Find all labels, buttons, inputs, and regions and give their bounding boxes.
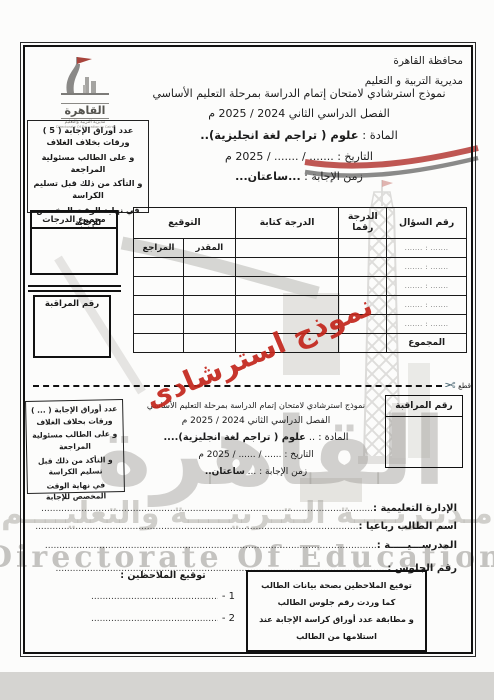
grade-numeric-cell [339, 258, 387, 277]
notice-line: عدد أوراق الإجابة ( ... ) ورقات بخلاف ال… [27, 403, 121, 428]
directorate-logo: القاهرة مديرية التربية والتعليم Director… [45, 55, 125, 129]
signature-dotted-line: ........................................… [91, 592, 218, 602]
notice-line: و التأكد من ذلك قبل تسليم الكراسة [28, 454, 122, 479]
grades-row: ....... : ....... [134, 277, 467, 296]
observer-number: - 1 [222, 591, 235, 602]
exam-header-stub: نموذج استرشادي لامتحان إتمام الدراسة بمر… [125, 400, 387, 477]
col-grade-words: الدرجة كتابة [235, 208, 339, 239]
confirmation-line: و مطابقة عدد أوراق كراسة الإجابة عند [248, 611, 425, 628]
reviewer-cell [134, 277, 184, 296]
separator-double-rule [28, 285, 121, 295]
time-line: زمن الإجابة : ... ساعتان.. [125, 467, 387, 477]
field-label: اسم الطالب رباعيا : [358, 521, 457, 532]
estimator-cell [183, 315, 235, 334]
grades-row: ....... : ....... [134, 258, 467, 277]
observer-signature-line: ........................................… [91, 613, 235, 624]
scissors-icon: ✂ [444, 379, 456, 393]
field-student-name: اسم الطالب رباعيا : ....................… [35, 516, 457, 532]
monitoring-number-label: رقم المراقبة [386, 396, 462, 417]
grade-words-cell [235, 239, 339, 258]
field-educational-administration: الإدارة التعليمية : ....................… [35, 498, 457, 514]
time-label: زمن الإجابة : ... [245, 467, 307, 477]
subject-line: المادة : .. علوم ( تراجم لغة انجليزية)..… [125, 432, 387, 443]
term-line: الفصل الدراسي الثاني 2024 / 2025 م [125, 416, 387, 426]
term-line: الفصل الدراسي الثاني 2024 / 2025 م [133, 107, 465, 120]
field-label: الإدارة التعليمية : [373, 503, 457, 514]
field-school: المدرســـيـــــة : .....................… [35, 535, 457, 551]
reviewer-cell [134, 296, 184, 315]
dashed-cut-rule [33, 385, 442, 387]
answer-sheets-notice-box-stub: عدد أوراق الإجابة ( ... ) ورقات بخلاف ال… [25, 399, 125, 494]
grade-numeric-cell [339, 334, 387, 353]
confirmation-line: كما وردت رقم جلوس الطالب [248, 594, 425, 611]
total-row-label: المجموع [387, 334, 467, 353]
cut-line: ✂ قطع [33, 379, 471, 393]
notice-line: عدد أوراق الإجابة ( 5 ) ورقات بخلاف الغل… [30, 124, 146, 149]
answer-sheets-notice-box: عدد أوراق الإجابة ( 5 ) ورقات بخلاف الغل… [27, 120, 149, 213]
question-cell: ....... : ....... [387, 296, 467, 315]
estimator-subheader: المقدر [183, 239, 235, 258]
cut-label: قطع [458, 382, 471, 390]
reviewer-cell [134, 334, 184, 353]
notice-line: و على الطالب مسئولية المراجعة [30, 151, 146, 176]
total-marks-box: مجموع الدرجات [30, 210, 118, 275]
grades-row: ....... : ....... المقدر المراجع [134, 239, 467, 258]
date-line: التاريخ : ...... / ...... / 2025 م [125, 450, 387, 460]
exam-cover-sheet: القاهرة مـديـريــــة الـتـربيــــة والتع… [0, 0, 494, 700]
monitoring-number-label: رقم المراقبة [45, 299, 99, 309]
grades-row: ....... : ....... [134, 296, 467, 315]
grade-words-cell [235, 277, 339, 296]
model-title-line: نموذج استرشادي لامتحان إتمام الدراسة بمر… [133, 87, 465, 100]
observers-signature-block: توقيع الملاحظين : ......................… [77, 570, 249, 635]
signature-dotted-line: ........................................… [91, 614, 218, 624]
reviewer-cell [134, 258, 184, 277]
notice-line: و التأكد من ذلك قبل تسليم الكراسة [30, 177, 146, 202]
logo-name: القاهرة [61, 103, 110, 119]
governorate-line: محافظة القاهرة [365, 52, 463, 72]
notice-line: و على الطالب مسئولية المراجعة [28, 428, 122, 453]
monitoring-number-box-lower: رقم المراقبة [385, 395, 463, 468]
field-dotted-line: ........................................… [35, 541, 377, 551]
question-cell: ....... : ....... [387, 277, 467, 296]
field-dotted-line: ........................................… [35, 504, 373, 514]
date-line: التاريخ : ....... / ....... / 2025 م [133, 150, 465, 163]
confirmation-line: توقيع الملاحظين بصحة بيانات الطالب [248, 577, 425, 594]
field-dotted-line: ........................................… [35, 522, 358, 532]
time-value: ساعتان.. [205, 467, 245, 477]
subject-label: المادة : [359, 128, 398, 142]
estimator-cell [183, 296, 235, 315]
confirmation-line: استلامها من الطالب [248, 628, 425, 645]
estimator-cell [183, 258, 235, 277]
logo-tower-icon [47, 55, 123, 95]
observers-title: توقيع الملاحظين : [77, 570, 249, 581]
authority-block: محافظة القاهرة مديرية التربية و التعليم [365, 52, 463, 92]
field-label: المدرســـيـــــة : [377, 540, 457, 551]
col-question-number: رقم السؤال [387, 208, 467, 239]
grades-header-row: رقم السؤال الدرجة رقما الدرجة كتابة التو… [134, 208, 467, 239]
observer-signature-line: ........................................… [91, 591, 235, 602]
observers-confirmation-box: توقيع الملاحظين بصحة بيانات الطالب كما و… [246, 570, 427, 652]
estimator-cell [183, 277, 235, 296]
col-signature: التوقيع [134, 208, 236, 239]
question-cell: ....... : ....... [387, 258, 467, 277]
time-label: زمن الإجابة : [301, 170, 363, 183]
total-marks-label: مجموع الدرجات [32, 212, 116, 229]
reviewer-subheader: المراجع [134, 239, 184, 258]
grade-words-cell [235, 258, 339, 277]
grade-numeric-cell [339, 239, 387, 258]
monitoring-number-box-upper: رقم المراقبة [33, 295, 111, 358]
subject-value: علوم ( تراجم لغة انجليزية).. [200, 128, 358, 142]
question-cell: ....... : ....... [387, 239, 467, 258]
time-line: زمن الإجابة : ...ساعتان... [133, 170, 465, 183]
observer-number: - 2 [222, 613, 235, 624]
exam-header: نموذج استرشادي لامتحان إتمام الدراسة بمر… [133, 87, 465, 183]
time-value: ...ساعتان... [235, 170, 301, 183]
col-grade-numeric: الدرجة رقما [339, 208, 387, 239]
question-cell: ....... : ....... [387, 315, 467, 334]
subject-line: المادة : علوم ( تراجم لغة انجليزية).. [133, 128, 465, 142]
reviewer-cell [134, 315, 184, 334]
subject-value: علوم ( تراجم لغة انجليزية).... [163, 432, 305, 443]
subject-label: المادة : .. [306, 432, 349, 443]
